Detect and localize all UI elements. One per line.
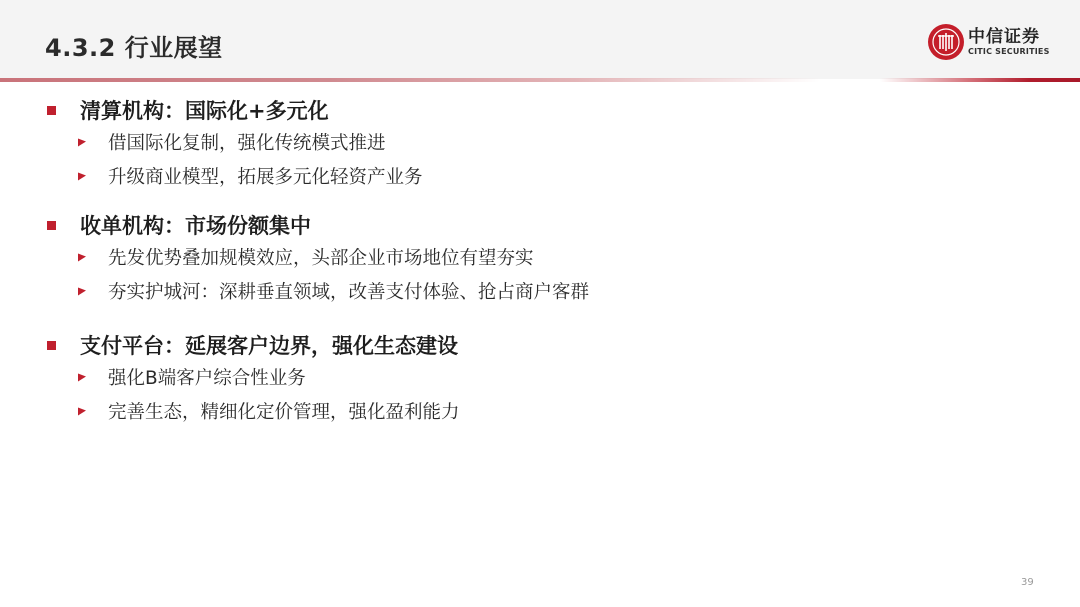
item-text: 夯实护城河：深耕垂直领域，改善支付体验、抢占商户客群	[108, 278, 589, 304]
list-item: 强化B端客户综合性业务	[78, 360, 460, 394]
heading-text: 清算机构：国际化+多元化	[80, 95, 329, 125]
item-text: 强化B端客户综合性业务	[108, 364, 306, 390]
list-item: 升级商业模型，拓展多元化轻资产业务	[78, 159, 423, 193]
section-acquiring: 收单机构：市场份额集中 先发优势叠加规模效应，头部企业市场地位有望夯实 夯实护城…	[45, 210, 589, 308]
arrow-bullet-icon	[78, 372, 86, 381]
square-bullet-icon	[47, 221, 56, 230]
slide-header: 4.3.2 行业展望 中信证券 CITIC SECURITIES	[0, 0, 1080, 79]
section-heading: 清算机构：国际化+多元化	[45, 95, 423, 125]
item-text: 借国际化复制，强化传统模式推进	[108, 129, 386, 155]
square-bullet-icon	[47, 341, 56, 350]
section-heading: 支付平台：延展客户边界，强化生态建设	[45, 330, 460, 360]
list-item: 完善生态，精细化定价管理，强化盈利能力	[78, 394, 460, 428]
square-bullet-icon	[47, 106, 56, 115]
citic-logo-icon	[928, 24, 964, 60]
arrow-bullet-icon	[78, 137, 86, 146]
page-number: 39	[1021, 577, 1034, 588]
list-item: 夯实护城河：深耕垂直领域，改善支付体验、抢占商户客群	[78, 274, 589, 308]
item-text: 升级商业模型，拓展多元化轻资产业务	[108, 163, 423, 189]
arrow-bullet-icon	[78, 286, 86, 295]
logo-name-en: CITIC SECURITIES	[968, 47, 1050, 57]
section-heading: 收单机构：市场份额集中	[45, 210, 589, 240]
header-divider-left	[0, 78, 820, 82]
section-clearing: 清算机构：国际化+多元化 借国际化复制，强化传统模式推进 升级商业模型，拓展多元…	[45, 95, 423, 193]
arrow-bullet-icon	[78, 171, 86, 180]
page-title: 4.3.2 行业展望	[45, 28, 223, 63]
list-item: 借国际化复制，强化传统模式推进	[78, 125, 423, 159]
logo-name-cn: 中信证券	[968, 27, 1050, 47]
item-text: 完善生态，精细化定价管理，强化盈利能力	[108, 398, 460, 424]
citic-logo: 中信证券 CITIC SECURITIES	[928, 22, 1050, 62]
arrow-bullet-icon	[78, 252, 86, 261]
header-divider-right	[880, 78, 1080, 82]
heading-text: 收单机构：市场份额集中	[80, 210, 311, 240]
section-payment-platform: 支付平台：延展客户边界，强化生态建设 强化B端客户综合性业务 完善生态，精细化定…	[45, 330, 460, 428]
list-item: 先发优势叠加规模效应，头部企业市场地位有望夯实	[78, 240, 589, 274]
arrow-bullet-icon	[78, 406, 86, 415]
heading-text: 支付平台：延展客户边界，强化生态建设	[80, 330, 458, 360]
item-text: 先发优势叠加规模效应，头部企业市场地位有望夯实	[108, 244, 534, 270]
